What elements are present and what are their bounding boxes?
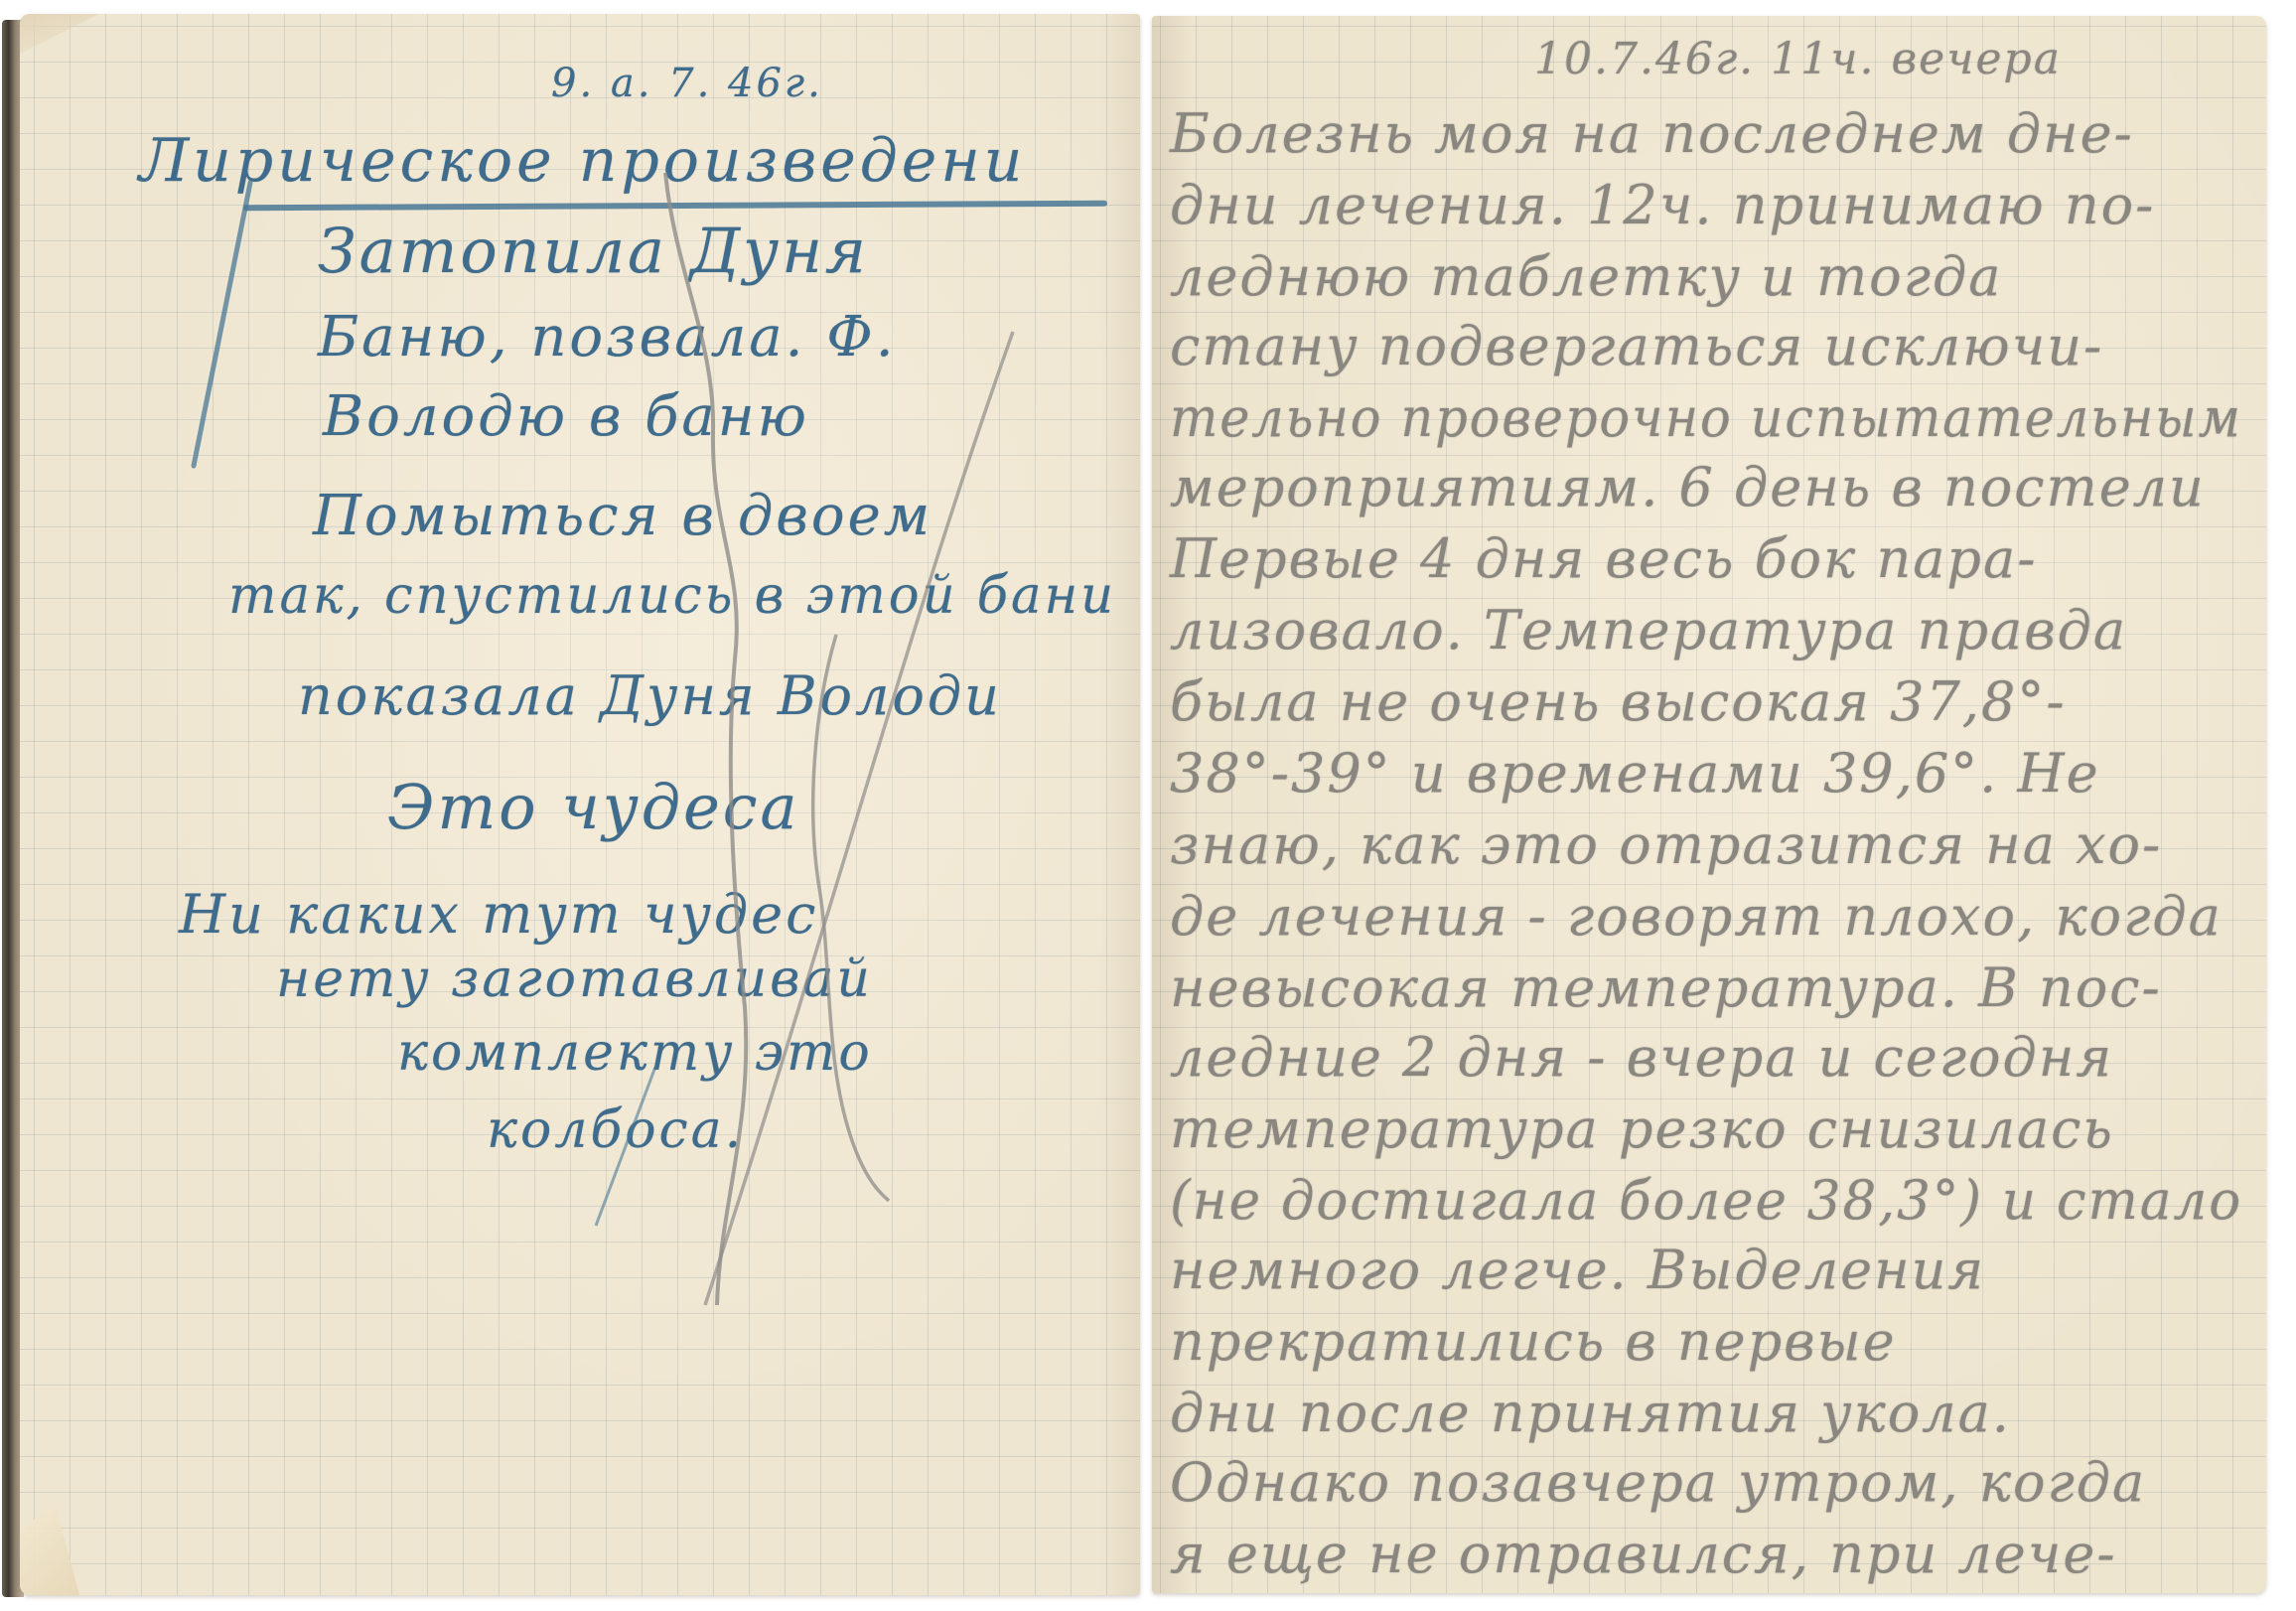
right-line-21: я еще не отравился, при лече- [1170, 1528, 2117, 1581]
right-line-19: дни после принятия укола. [1170, 1387, 2011, 1440]
right-line-5: тельно проверочно испытательным [1170, 391, 2242, 445]
left-line-9: нету заготавливай [276, 953, 873, 1005]
left-line-1: Затопила Дуня [318, 220, 869, 282]
right-line-2: дни лечения. 12ч. принимаю по- [1170, 179, 2155, 232]
right-line-12: де лечения - говорят плохо, когда [1170, 890, 2223, 944]
right-line-7: Первые 4 дня весь бок пара- [1170, 532, 2037, 586]
left-line-10: комплекту это [397, 1027, 873, 1079]
right-line-16: (не достигала более 38,3°) и стало [1170, 1174, 2242, 1228]
right-page: 10.7.46г. 11ч. вечера Болезнь моя на пос… [1152, 16, 2266, 1593]
right-line-14: ледние 2 дня - вчера и сегодня [1170, 1031, 2113, 1085]
right-line-3: леднюю таблетку и тогда [1170, 250, 2002, 304]
left-line-8: Ни каких тут чудес [179, 888, 818, 942]
page-corner-fold-top [20, 14, 99, 54]
heading-underline [243, 201, 1107, 212]
right-line-6: мероприятиям. 6 день в постели [1170, 461, 2206, 514]
right-line-9: была не очень высокая 37,8°- [1170, 675, 2067, 729]
right-page-header: 10.7.46г. 11ч. вечера [1534, 38, 2062, 81]
right-line-11: знаю, как это отразится на хо- [1170, 818, 2162, 872]
right-line-8: лизовало. Температура правда [1170, 604, 2127, 658]
right-line-10: 38°-39° и временами 39,6°. Не [1170, 747, 2100, 801]
left-line-11: колбоса. [487, 1104, 744, 1156]
left-line-7: Это чудеса [387, 777, 799, 838]
left-page-heading: Лирическое произведени [139, 131, 1026, 191]
left-line-5: так, спустились в этой бани [228, 570, 1116, 622]
left-line-4: Помыться в двоем [313, 489, 933, 544]
right-line-4: стану подвергаться исключи- [1170, 320, 2103, 373]
right-line-17: немного легче. Выделения [1170, 1244, 1985, 1297]
left-page: 9. а. 7. 46г. Лирическое произведени Зат… [20, 14, 1140, 1595]
right-line-15: температура резко снизилась [1170, 1102, 2114, 1156]
left-line-6: показала Дуня Володи [298, 669, 1002, 723]
right-line-1: Болезнь моя на последнем дне- [1170, 107, 2134, 161]
left-line-3: Володю в баню [323, 389, 809, 445]
left-line-2: Баню, позвала. Ф. [318, 310, 897, 366]
right-line-13: невысокая температура. В пос- [1170, 961, 2162, 1015]
right-line-18: прекратились в первые [1170, 1315, 1897, 1369]
page-corner-fold-bottom [20, 1506, 79, 1595]
left-page-date: 9. а. 7. 46г. [551, 64, 823, 103]
spine-shadow [1100, 14, 1140, 1595]
notebook-spread: 9. а. 7. 46г. Лирическое произведени Зат… [0, 0, 2296, 1611]
right-line-20: Однако позавчера утром, когда [1170, 1456, 2146, 1510]
